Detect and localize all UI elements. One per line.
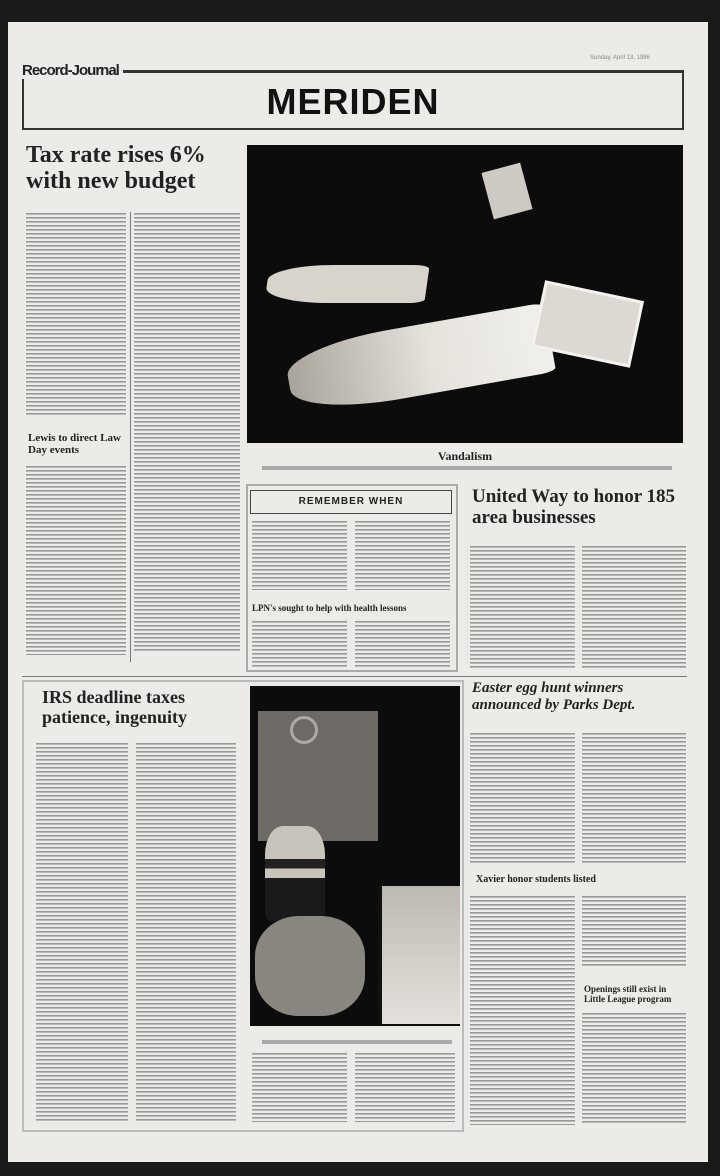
body-text-lpn-1 [252,620,347,668]
body-text-lpn-2 [355,620,450,668]
photo-caption-irs [262,1040,452,1044]
paper-name: Record-Journal [22,62,123,79]
photo-object-tool [481,163,532,220]
headline-united-way: United Way to honor 185 area businesses [472,487,687,529]
body-text-irs-4 [355,1052,455,1122]
photo-person [265,826,325,921]
photo-vandalism [247,145,683,443]
masthead-box: MERIDEN [22,70,684,130]
remember-when-banner: REMEMBER WHEN [250,490,452,514]
body-text-easter-2 [582,732,686,864]
photo-object-saw [283,303,556,418]
body-text-xavier [470,895,575,1125]
body-text-irs-2 [136,742,236,1122]
photo-title-vandalism: Vandalism [247,449,683,464]
photo-irs-woman [250,686,460,1026]
photo-object-knife [264,265,429,303]
body-text-xavier-2 [582,895,686,967]
body-text-remember-1 [252,520,347,590]
photo-clock [290,716,318,744]
headline-irs: IRS deadline taxes patience, ingenuity [42,688,242,728]
body-text-irs-3 [252,1052,347,1122]
photo-cabinet [378,886,460,1024]
body-text-tax-1 [26,212,126,417]
section-rule [22,676,687,677]
headline-tax: Tax rate rises 6% with new budget [26,142,246,195]
photo-bag [255,916,365,1016]
body-text-easter-1 [470,732,575,864]
body-text-remember-2 [355,520,450,590]
body-text-tax-2 [134,212,240,652]
column-rule [130,212,131,662]
headline-easter: Easter egg hunt winners announced by Par… [472,680,687,713]
section-title: MERIDEN [24,81,682,123]
photo-caption-vandalism [262,466,672,470]
body-text-lewis [26,465,126,655]
date-line: Sunday, April 13, 1986 [590,55,650,61]
headline-lpn: LPN's sought to help with health lessons [252,604,452,614]
headline-xavier: Xavier honor students listed [476,874,686,885]
body-text-united-way-1 [470,545,575,670]
body-text-united-way-2 [582,545,686,670]
photo-wall [258,711,378,841]
body-text-sports [582,1012,686,1125]
headline-lewis: Lewis to direct Law Day events [28,432,128,456]
headline-sports: Openings still exist in Little League pr… [584,985,688,1005]
body-text-irs-1 [36,742,128,1122]
